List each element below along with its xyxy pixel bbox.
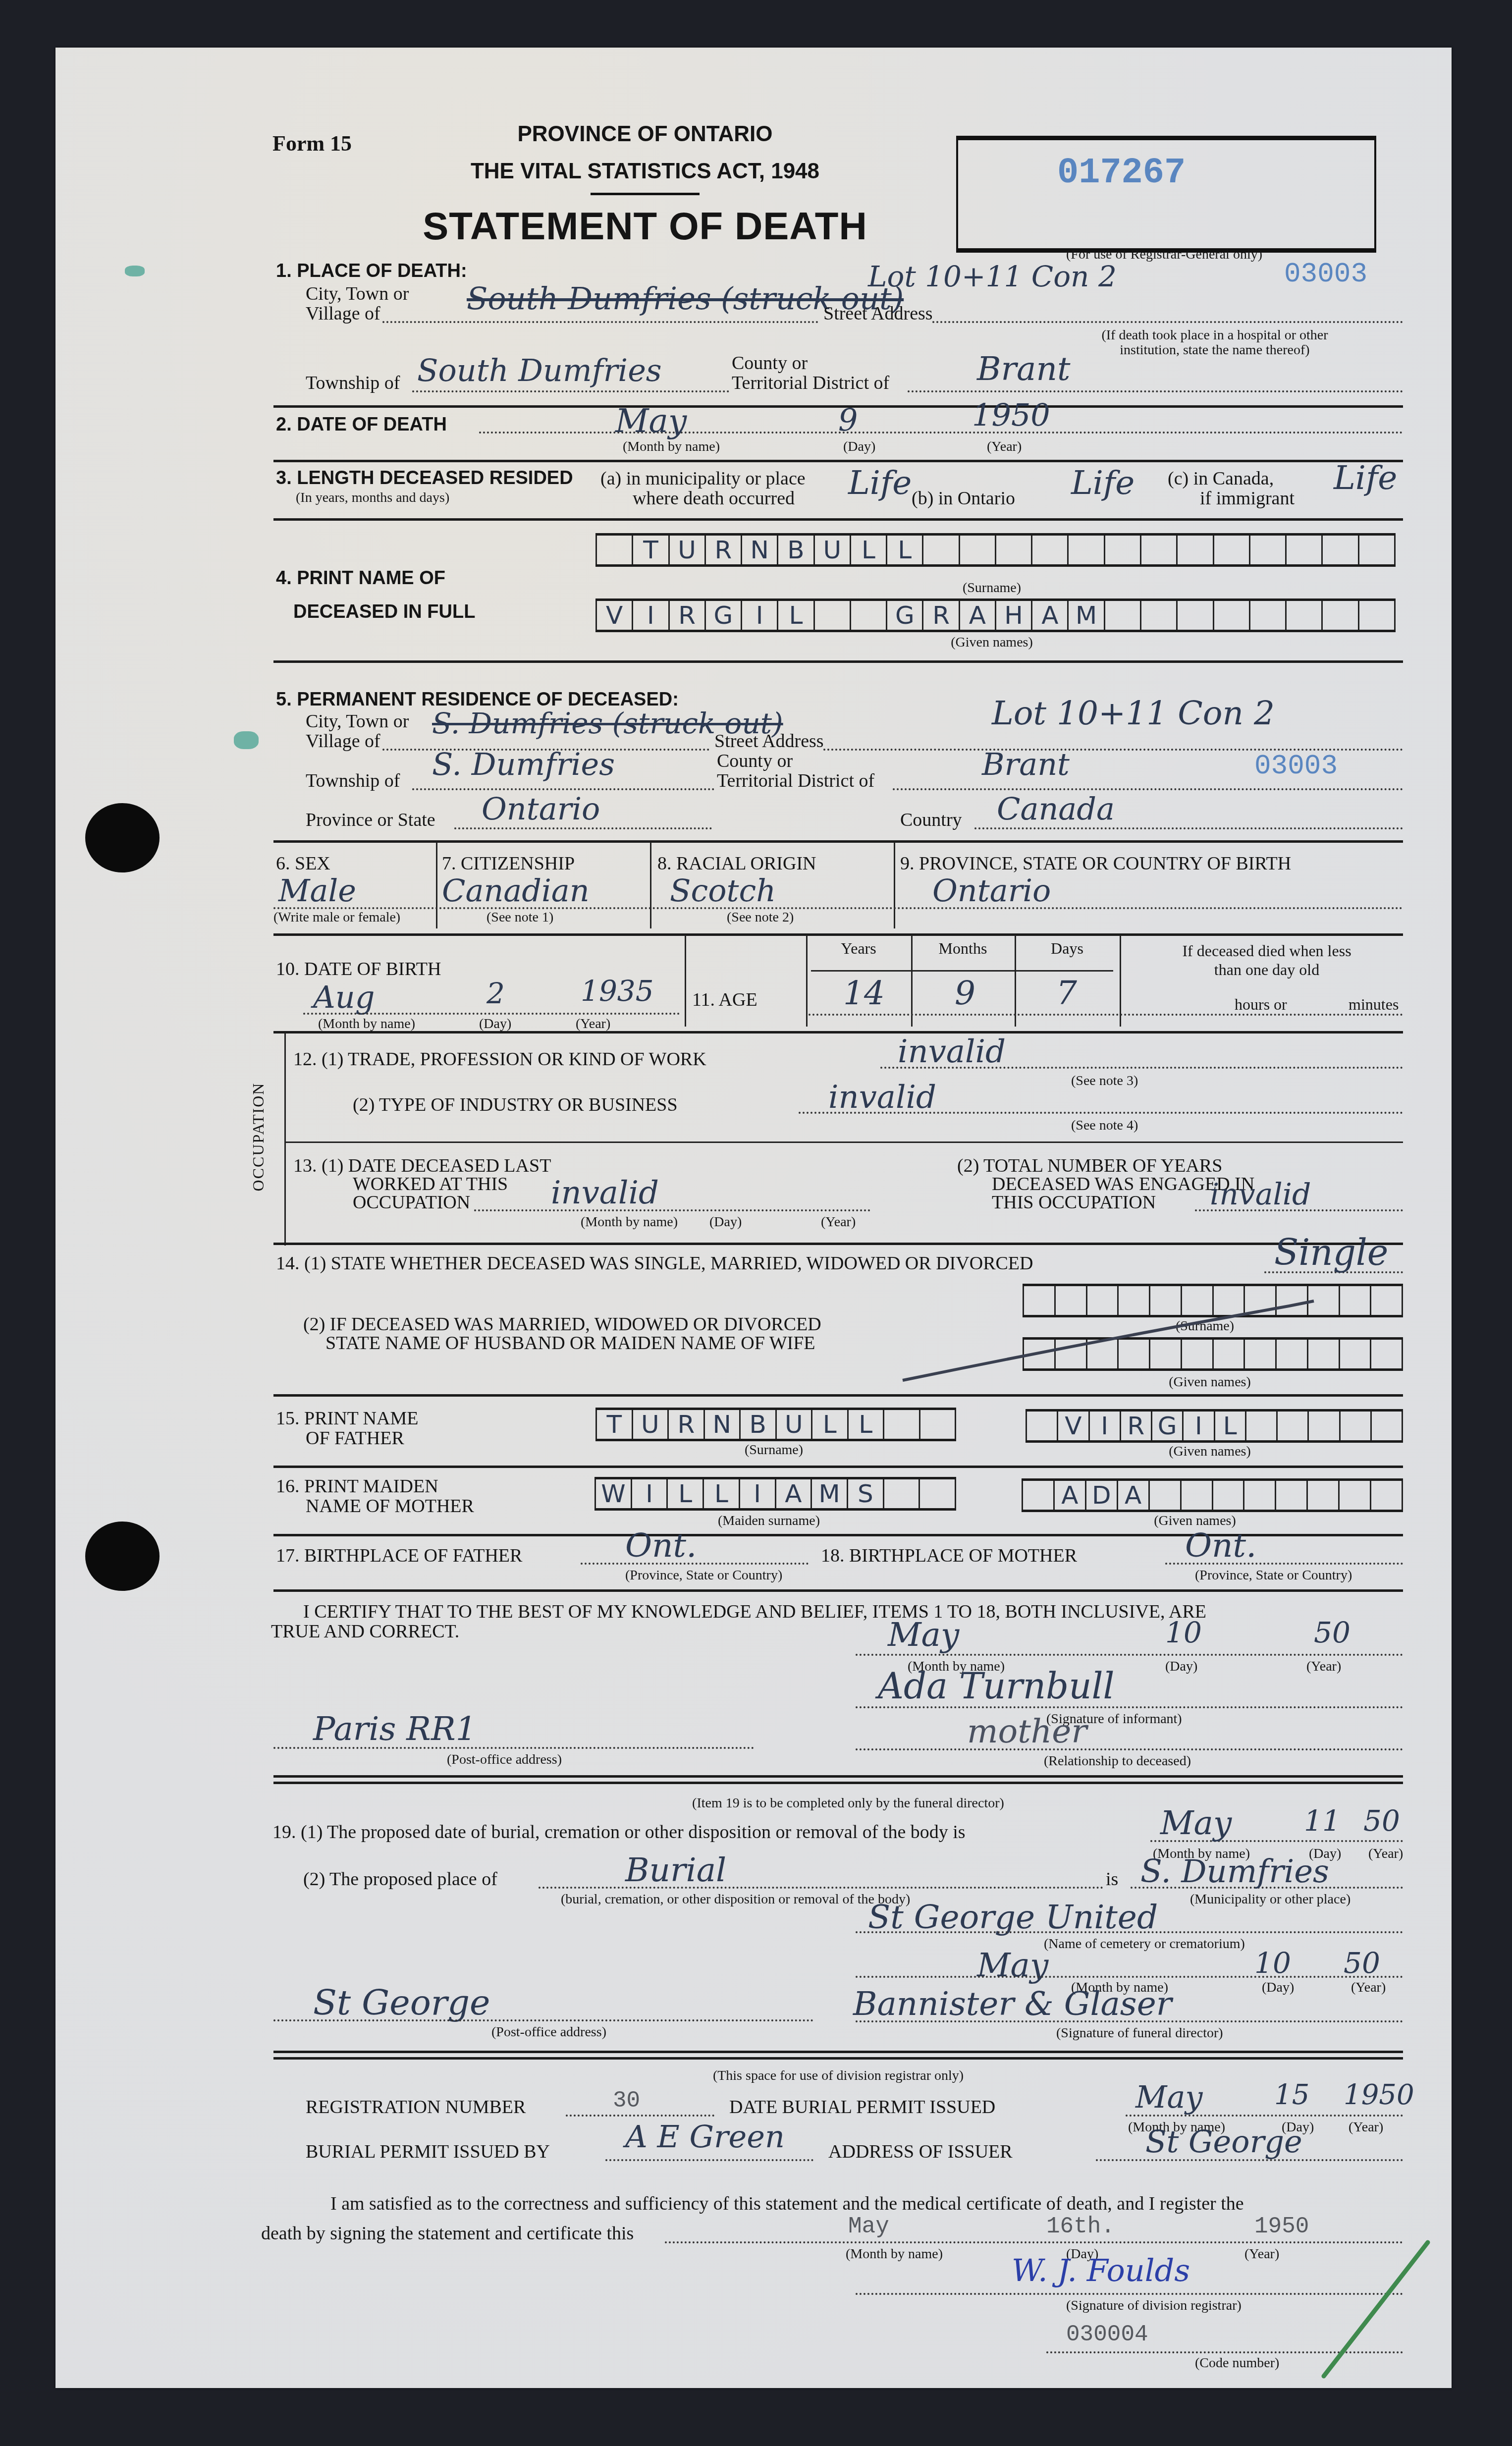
informant-post-office[interactable]: Paris RR1 bbox=[313, 1710, 477, 1748]
informant-relationship[interactable]: mother bbox=[967, 1712, 1087, 1750]
director-date-year[interactable]: 50 bbox=[1344, 1946, 1380, 1980]
letter-box[interactable]: B bbox=[739, 1410, 775, 1439]
director-post-office[interactable]: St George bbox=[313, 1982, 490, 2023]
section-rule bbox=[273, 1031, 1403, 1033]
dotted-line bbox=[412, 788, 714, 790]
deceased-given-names-boxes[interactable]: VIRGILGRAHAM bbox=[595, 598, 1396, 632]
item1-street-note: institution, state the name thereof) bbox=[1036, 342, 1393, 358]
dotted-line bbox=[856, 1706, 1403, 1708]
item1-county-label: County or bbox=[732, 352, 808, 374]
caption: (Year) bbox=[1351, 1980, 1386, 1996]
residence-township[interactable]: S. Dumfries bbox=[432, 746, 615, 782]
dotted-line bbox=[856, 1931, 1403, 1933]
registration-date-year[interactable]: 1950 bbox=[1254, 2214, 1309, 2239]
letter-box[interactable] bbox=[1321, 601, 1357, 630]
informant-date-day[interactable]: 10 bbox=[1165, 1616, 1202, 1649]
certification-text: I CERTIFY THAT TO THE BEST OF MY KNOWLED… bbox=[303, 1601, 1206, 1623]
residence-country[interactable]: Canada bbox=[997, 791, 1115, 827]
caption: (Post-office address) bbox=[491, 2024, 606, 2040]
letter-box[interactable]: W bbox=[594, 1479, 631, 1508]
registration-stamp-number: 017267 bbox=[1057, 153, 1186, 193]
section-rule bbox=[273, 1782, 1403, 1784]
column-divider bbox=[1120, 935, 1121, 1027]
mother-maiden-surname-boxes[interactable]: WILLIAMS bbox=[594, 1477, 956, 1511]
marital-status-value[interactable]: Single bbox=[1274, 1232, 1388, 1273]
less-than-day-note: If deceased died when less bbox=[1126, 942, 1408, 960]
section-rule bbox=[273, 660, 1403, 663]
item2-heading: 2. DATE OF DEATH bbox=[276, 414, 447, 435]
letter-box[interactable] bbox=[1358, 536, 1396, 564]
section-rule bbox=[273, 933, 1403, 936]
marital-status-label: 14. (1) STATE WHETHER DECEASED WAS SINGL… bbox=[276, 1252, 1033, 1274]
section-rule bbox=[273, 1589, 1403, 1592]
caption: (Month by name) bbox=[318, 1016, 415, 1032]
caption: (Month by name) bbox=[581, 1214, 678, 1230]
letter-box[interactable] bbox=[1026, 1412, 1057, 1440]
dotted-line bbox=[856, 1976, 1403, 1978]
letter-box[interactable] bbox=[1307, 1412, 1339, 1440]
item1-village-label: Village of bbox=[306, 303, 380, 325]
section-rule bbox=[273, 518, 1403, 521]
father-birthplace-value[interactable]: Ont. bbox=[625, 1526, 697, 1565]
letter-box[interactable]: U bbox=[775, 1410, 811, 1439]
letter-box[interactable]: U bbox=[813, 536, 850, 564]
caption: (burial, cremation, or other disposition… bbox=[561, 1892, 910, 1907]
letter-box[interactable] bbox=[959, 536, 995, 564]
citizenship-label: 7. CITIZENSHIP bbox=[442, 853, 575, 874]
age-label: 11. AGE bbox=[692, 989, 757, 1011]
father-name-label: 15. PRINT NAME bbox=[276, 1408, 419, 1429]
letter-box[interactable]: L bbox=[666, 1479, 702, 1508]
registrar-note: (This space for use of division registra… bbox=[615, 2068, 1061, 2084]
letter-box[interactable] bbox=[1104, 601, 1140, 630]
letter-box[interactable] bbox=[1067, 536, 1103, 564]
registration-date-month[interactable]: May bbox=[848, 2214, 889, 2239]
letter-box[interactable] bbox=[1339, 1412, 1370, 1440]
letter-box[interactable] bbox=[1249, 601, 1285, 630]
sex-label: 6. SEX bbox=[276, 853, 330, 874]
letter-box[interactable] bbox=[1148, 1481, 1180, 1510]
residence-street[interactable]: Lot 10+11 Con 2 bbox=[992, 694, 1275, 732]
occupation-divider bbox=[284, 1033, 286, 1246]
burial-municipality[interactable]: S. Dumfries bbox=[1140, 1853, 1329, 1890]
caption: (Name of cemetery or crematorium) bbox=[1044, 1936, 1245, 1952]
item3-subheading: (In years, months and days) bbox=[296, 490, 449, 506]
province-heading: PROVINCE OF ONTARIO bbox=[422, 122, 868, 147]
informant-date-year[interactable]: 50 bbox=[1314, 1616, 1350, 1649]
letter-box[interactable] bbox=[1213, 601, 1249, 630]
is-label: is bbox=[1106, 1868, 1118, 1890]
caption: (See note 3) bbox=[1071, 1073, 1138, 1089]
racial-origin-value[interactable]: Scotch bbox=[670, 872, 776, 909]
age-months-header: Months bbox=[911, 939, 1015, 958]
letter-box[interactable]: I bbox=[1182, 1412, 1213, 1440]
item1-street-note: (If death took place in a hospital or ot… bbox=[1036, 327, 1393, 343]
caption: (Signature of funeral director) bbox=[1056, 2025, 1223, 2041]
dotted-line bbox=[932, 321, 1403, 323]
teal-mark bbox=[234, 731, 259, 749]
letter-box[interactable]: A bbox=[1117, 1481, 1148, 1510]
cemetery-name[interactable]: St George United bbox=[868, 1898, 1158, 1936]
date-of-birth-label: 10. DATE OF BIRTH bbox=[276, 958, 441, 980]
caption: (Given names) bbox=[918, 635, 1066, 651]
column-divider bbox=[650, 842, 651, 928]
column-divider bbox=[894, 842, 895, 928]
hours-label: hours or bbox=[1235, 995, 1287, 1014]
issuer-address[interactable]: St George bbox=[1145, 2123, 1302, 2160]
letter-box[interactable]: I bbox=[1088, 1412, 1120, 1440]
dotted-line bbox=[974, 827, 1403, 829]
caption: (Given names) bbox=[1150, 1444, 1269, 1460]
section-rule bbox=[273, 2051, 1403, 2053]
caption: (Day) bbox=[1165, 1659, 1197, 1675]
place-of-death-street[interactable]: Lot 10+11 Con 2 bbox=[868, 260, 1117, 293]
date-of-death-year[interactable]: 1950 bbox=[972, 397, 1050, 433]
birth-year[interactable]: 1935 bbox=[581, 974, 654, 1008]
last-worked-label: OCCUPATION bbox=[353, 1192, 470, 1213]
letter-box[interactable] bbox=[922, 536, 958, 564]
dotted-line bbox=[273, 2019, 813, 2021]
less-than-day-note: than one day old bbox=[1126, 961, 1408, 979]
deceased-surname-boxes[interactable]: TURNBULL bbox=[595, 533, 1396, 567]
letter-box[interactable]: A bbox=[775, 1479, 811, 1508]
place-of-death-township[interactable]: South Dumfries bbox=[417, 352, 662, 388]
item3-a-label: where death occurred bbox=[633, 488, 795, 509]
letter-box[interactable]: L bbox=[702, 1479, 739, 1508]
letter-box[interactable]: L bbox=[1214, 1412, 1245, 1440]
caption: (Surname) bbox=[724, 1442, 823, 1458]
industry-value[interactable]: invalid bbox=[828, 1079, 936, 1116]
director-date-day[interactable]: 10 bbox=[1254, 1946, 1291, 1980]
letter-box[interactable]: N bbox=[741, 536, 777, 564]
letter-box[interactable] bbox=[1370, 1481, 1403, 1510]
caption: (Province, State or Country) bbox=[1195, 1568, 1352, 1583]
date-of-death-month[interactable]: May bbox=[615, 402, 687, 440]
burial-date-month[interactable]: May bbox=[1160, 1804, 1232, 1842]
item5-province-label: Province or State bbox=[306, 809, 435, 831]
letter-box[interactable] bbox=[919, 1410, 957, 1439]
caption: (Municipality or other place) bbox=[1190, 1892, 1350, 1907]
age-years[interactable]: 14 bbox=[843, 974, 885, 1012]
letter-box[interactable]: R bbox=[922, 601, 958, 630]
letter-box[interactable] bbox=[1140, 536, 1176, 564]
letter-box[interactable] bbox=[1249, 536, 1285, 564]
trade-label: 12. (1) TRADE, PROFESSION OR KIND OF WOR… bbox=[293, 1048, 706, 1070]
last-worked-value[interactable]: invalid bbox=[551, 1175, 659, 1211]
sex-value[interactable]: Male bbox=[278, 872, 356, 909]
caption: (Surname) bbox=[942, 580, 1041, 596]
letter-box[interactable]: R bbox=[704, 536, 741, 564]
burial-date-day[interactable]: 11 bbox=[1304, 1804, 1341, 1838]
age-days-header: Days bbox=[1015, 939, 1120, 958]
green-check-mark bbox=[1304, 2237, 1453, 2386]
letter-box[interactable]: U bbox=[668, 536, 704, 564]
caption: (Year) bbox=[1368, 1846, 1403, 1862]
permit-date-month[interactable]: May bbox=[1135, 2079, 1202, 2115]
section-rule bbox=[273, 460, 1403, 462]
letter-box[interactable] bbox=[1275, 1481, 1306, 1510]
item5-district-label: Territorial District of bbox=[717, 770, 874, 792]
caption: (Month by name) bbox=[623, 439, 720, 455]
burial-date-label: 19. (1) The proposed date of burial, cre… bbox=[272, 1821, 966, 1843]
dotted-line bbox=[273, 1747, 754, 1749]
age-years-header: Years bbox=[806, 939, 911, 958]
section-rule bbox=[273, 1466, 1403, 1468]
letter-box[interactable] bbox=[1358, 601, 1396, 630]
dotted-line bbox=[893, 788, 1403, 790]
letter-box[interactable] bbox=[918, 1479, 956, 1508]
item3-b-label: (b) in Ontario bbox=[912, 488, 1015, 509]
letter-box[interactable] bbox=[1180, 1481, 1212, 1510]
letter-box[interactable]: M bbox=[1067, 601, 1103, 630]
permit-date-day[interactable]: 15 bbox=[1274, 2079, 1309, 2111]
place-of-death-county[interactable]: Brant bbox=[977, 350, 1070, 388]
letter-box[interactable]: G bbox=[1151, 1412, 1182, 1440]
letter-box[interactable] bbox=[1370, 1412, 1403, 1440]
dotted-line bbox=[665, 2241, 1403, 2243]
dotted-line bbox=[856, 1654, 1403, 1656]
certification-text: TRUE AND CORRECT. bbox=[271, 1621, 459, 1642]
item5-street-label: Street Address bbox=[714, 730, 824, 752]
letter-box[interactable]: S bbox=[847, 1479, 883, 1508]
letter-box[interactable]: I bbox=[632, 601, 668, 630]
informant-signature[interactable]: Ada Turnbull bbox=[878, 1665, 1115, 1707]
letter-box[interactable] bbox=[1212, 1481, 1243, 1510]
burial-date-year[interactable]: 50 bbox=[1363, 1804, 1400, 1838]
section-rule bbox=[273, 1243, 1403, 1245]
residence-province[interactable]: Ontario bbox=[482, 791, 600, 827]
letter-box[interactable] bbox=[1022, 1481, 1053, 1510]
letter-box[interactable]: H bbox=[995, 601, 1031, 630]
director-date-month[interactable]: May bbox=[977, 1946, 1048, 1984]
date-of-death-day[interactable]: 9 bbox=[838, 402, 858, 438]
letter-box[interactable] bbox=[1176, 601, 1212, 630]
caption: (Year) bbox=[821, 1214, 856, 1230]
residence-county[interactable]: Brant bbox=[982, 746, 1070, 782]
father-birthplace-label: 17. BIRTHPLACE OF FATHER bbox=[276, 1545, 522, 1567]
mother-birthplace-label: 18. BIRTHPLACE OF MOTHER bbox=[821, 1545, 1077, 1567]
letter-box[interactable]: I bbox=[631, 1479, 667, 1508]
letter-box[interactable]: A bbox=[959, 601, 995, 630]
letter-box[interactable] bbox=[1321, 536, 1357, 564]
letter-box[interactable]: R bbox=[667, 1410, 703, 1439]
letter-box[interactable] bbox=[883, 1479, 919, 1508]
registrar-statement: death by signing the statement and certi… bbox=[261, 2223, 634, 2244]
permit-date-year[interactable]: 1950 bbox=[1344, 2079, 1414, 2111]
letter-box[interactable]: V bbox=[1057, 1412, 1088, 1440]
burial-place-type[interactable]: Burial bbox=[625, 1851, 726, 1889]
letter-box[interactable] bbox=[1306, 1481, 1338, 1510]
issuer-address-label: ADDRESS OF ISSUER bbox=[828, 2141, 1013, 2163]
permit-issued-by[interactable]: A E Green bbox=[625, 2119, 785, 2155]
total-years-label: THIS OCCUPATION bbox=[992, 1192, 1156, 1213]
racial-origin-label: 8. RACIAL ORIGIN bbox=[657, 853, 816, 874]
informant-date-month[interactable]: May bbox=[888, 1616, 959, 1654]
caption: (See note 4) bbox=[1071, 1118, 1138, 1134]
birthplace-label: 9. PROVINCE, STATE OR COUNTRY OF BIRTH bbox=[900, 853, 1291, 874]
item1-township-label: Township of bbox=[306, 372, 400, 394]
letter-box[interactable] bbox=[813, 601, 850, 630]
caption: (Relationship to deceased) bbox=[1044, 1753, 1191, 1769]
item5-village-label: Village of bbox=[306, 730, 380, 752]
letter-box[interactable] bbox=[1338, 1481, 1370, 1510]
letter-box[interactable] bbox=[1104, 536, 1140, 564]
letter-box[interactable] bbox=[1176, 536, 1212, 564]
section-rule bbox=[273, 1394, 1403, 1397]
item5-city-label: City, Town or bbox=[306, 710, 409, 732]
letter-box[interactable] bbox=[1031, 536, 1067, 564]
letter-box[interactable] bbox=[1285, 536, 1321, 564]
permit-issued-by-label: BURIAL PERMIT ISSUED BY bbox=[306, 2141, 550, 2163]
caption: (Maiden surname) bbox=[700, 1513, 838, 1529]
item1-street-label: Street Address bbox=[823, 303, 933, 325]
dotted-line bbox=[454, 827, 712, 829]
registrar-code-number[interactable]: 030004 bbox=[1066, 2322, 1148, 2347]
caption: (Code number) bbox=[1195, 2355, 1279, 2371]
spouse-label: STATE NAME OF HUSBAND OR MAIDEN NAME OF … bbox=[325, 1332, 815, 1354]
dotted-line bbox=[303, 1013, 680, 1015]
letter-box[interactable] bbox=[1213, 536, 1249, 564]
letter-box[interactable]: A bbox=[1053, 1481, 1085, 1510]
place-code-stamp: 03003 bbox=[1284, 258, 1367, 290]
funeral-director-signature[interactable]: Bannister & Glaser bbox=[853, 1985, 1172, 2023]
section-rule bbox=[273, 1775, 1403, 1778]
letter-box[interactable]: R bbox=[668, 601, 704, 630]
strike-through-mark bbox=[898, 1286, 1393, 1385]
registration-date-day[interactable]: 16th. bbox=[1046, 2214, 1115, 2239]
age-days[interactable]: 7 bbox=[1056, 974, 1077, 1012]
letter-box[interactable]: D bbox=[1085, 1481, 1117, 1510]
item3-a-label: (a) in municipality or place bbox=[600, 468, 806, 489]
resided-ontario[interactable]: Life bbox=[1071, 464, 1134, 502]
letter-box[interactable]: L bbox=[811, 1410, 847, 1439]
caption: (Year) bbox=[1244, 2246, 1279, 2262]
item1-district-label: Territorial District of bbox=[732, 372, 889, 394]
dotted-line bbox=[566, 2115, 714, 2117]
letter-box[interactable]: T bbox=[632, 536, 668, 564]
letter-box[interactable]: U bbox=[632, 1410, 668, 1439]
birthplace-value[interactable]: Ontario bbox=[932, 872, 1051, 909]
letter-box[interactable]: B bbox=[777, 536, 813, 564]
registrar-general-box: 017267 bbox=[956, 136, 1376, 253]
dotted-line bbox=[856, 1748, 1403, 1750]
caption: (Day) bbox=[843, 439, 875, 455]
letter-box[interactable]: A bbox=[1031, 601, 1067, 630]
registration-number[interactable]: 30 bbox=[613, 2088, 640, 2114]
letter-box[interactable] bbox=[1285, 601, 1321, 630]
item3-c-label: (c) in Canada, bbox=[1168, 468, 1274, 489]
letter-box[interactable]: V bbox=[595, 601, 632, 630]
resided-canada[interactable]: Life bbox=[1334, 459, 1397, 497]
caption: (Year) bbox=[576, 1016, 610, 1032]
occupation-side-label: OCCUPATION bbox=[249, 1083, 268, 1192]
column-divider bbox=[685, 935, 686, 1027]
birth-month[interactable]: Aug bbox=[313, 979, 375, 1015]
age-months[interactable]: 9 bbox=[955, 974, 975, 1012]
burial-place-label: (2) The proposed place of bbox=[303, 1868, 497, 1890]
registrar-statement: I am satisfied as to the correctness and… bbox=[330, 2193, 1244, 2215]
letter-box[interactable] bbox=[1243, 1481, 1275, 1510]
minutes-label: minutes bbox=[1349, 995, 1399, 1014]
dotted-line bbox=[908, 390, 1403, 392]
dotted-line bbox=[809, 1014, 1403, 1016]
letter-box[interactable] bbox=[850, 601, 886, 630]
father-surname-boxes[interactable]: TURNBULL bbox=[595, 1408, 956, 1441]
letter-box[interactable]: L bbox=[847, 1410, 883, 1439]
letter-box[interactable] bbox=[995, 536, 1031, 564]
letter-box[interactable] bbox=[1245, 1412, 1276, 1440]
death-statement-paper: Form 15 PROVINCE OF ONTARIO THE VITAL ST… bbox=[55, 48, 1452, 2388]
letter-box[interactable]: L bbox=[850, 536, 886, 564]
page-title: STATEMENT OF DEATH bbox=[368, 204, 922, 249]
caption: (Day) bbox=[479, 1016, 511, 1032]
section-rule bbox=[286, 1141, 1403, 1143]
punch-hole-lower bbox=[85, 1522, 160, 1591]
item19-note: (Item 19 is to be completed only by the … bbox=[600, 1795, 1096, 1811]
title-divider bbox=[591, 193, 700, 195]
mother-given-names-boxes[interactable]: ADA bbox=[1022, 1478, 1403, 1512]
letter-box[interactable] bbox=[883, 1410, 919, 1439]
industry-label: (2) TYPE OF INDUSTRY OR BUSINESS bbox=[353, 1094, 678, 1116]
item5-township-label: Township of bbox=[306, 770, 400, 792]
citizenship-value[interactable]: Canadian bbox=[442, 872, 590, 909]
letter-box[interactable] bbox=[595, 536, 632, 564]
letter-box[interactable]: L bbox=[777, 601, 813, 630]
item4-heading: 4. PRINT NAME OF bbox=[276, 568, 445, 589]
division-registrar-signature[interactable]: W. J. Foulds bbox=[1012, 2252, 1190, 2288]
caption: (See note 2) bbox=[727, 910, 794, 925]
residence-code-stamp: 03003 bbox=[1254, 750, 1338, 782]
item1-heading: 1. PLACE OF DEATH: bbox=[276, 261, 467, 282]
letter-box[interactable]: M bbox=[810, 1479, 847, 1508]
letter-box[interactable]: G bbox=[886, 601, 922, 630]
letter-box[interactable] bbox=[1276, 1412, 1307, 1440]
letter-box[interactable]: G bbox=[704, 601, 741, 630]
registration-number-label: REGISTRATION NUMBER bbox=[306, 2096, 526, 2118]
birth-day[interactable]: 2 bbox=[486, 977, 505, 1010]
letter-box[interactable]: I bbox=[739, 1479, 775, 1508]
letter-box[interactable]: L bbox=[886, 536, 922, 564]
caption: (Year) bbox=[1306, 1659, 1341, 1675]
item5-country-label: Country bbox=[900, 809, 962, 831]
letter-box[interactable]: N bbox=[703, 1410, 740, 1439]
letter-box[interactable]: R bbox=[1120, 1412, 1151, 1440]
form-number: Form 15 bbox=[272, 131, 352, 156]
age-header-rule bbox=[811, 970, 1113, 972]
item4-heading: DECEASED IN FULL bbox=[293, 601, 475, 623]
trade-value[interactable]: invalid bbox=[898, 1033, 1006, 1070]
teal-mark bbox=[125, 266, 145, 276]
permit-date-label: DATE BURIAL PERMIT ISSUED bbox=[729, 2096, 995, 2118]
total-years-value[interactable]: invalid bbox=[1210, 1177, 1311, 1212]
letter-box[interactable] bbox=[1140, 601, 1176, 630]
section-rule bbox=[273, 2057, 1403, 2060]
resided-municipality[interactable]: Life bbox=[848, 464, 912, 502]
father-given-names-boxes[interactable]: VIRGIL bbox=[1026, 1409, 1403, 1443]
section-rule bbox=[273, 840, 1403, 843]
mother-birthplace-value[interactable]: Ont. bbox=[1185, 1526, 1256, 1565]
caption: (Write male or female) bbox=[273, 910, 400, 925]
mother-name-label: 16. PRINT MAIDEN bbox=[276, 1475, 438, 1497]
letter-box[interactable]: I bbox=[741, 601, 777, 630]
item1-city-label: City, Town or bbox=[306, 283, 409, 305]
caption: (Day) bbox=[709, 1214, 742, 1230]
letter-box[interactable]: T bbox=[595, 1410, 632, 1439]
caption: (Year) bbox=[1349, 2120, 1383, 2135]
punch-hole-upper bbox=[85, 803, 160, 872]
caption: (See note 1) bbox=[486, 910, 553, 925]
caption: (Post-office address) bbox=[447, 1752, 562, 1768]
